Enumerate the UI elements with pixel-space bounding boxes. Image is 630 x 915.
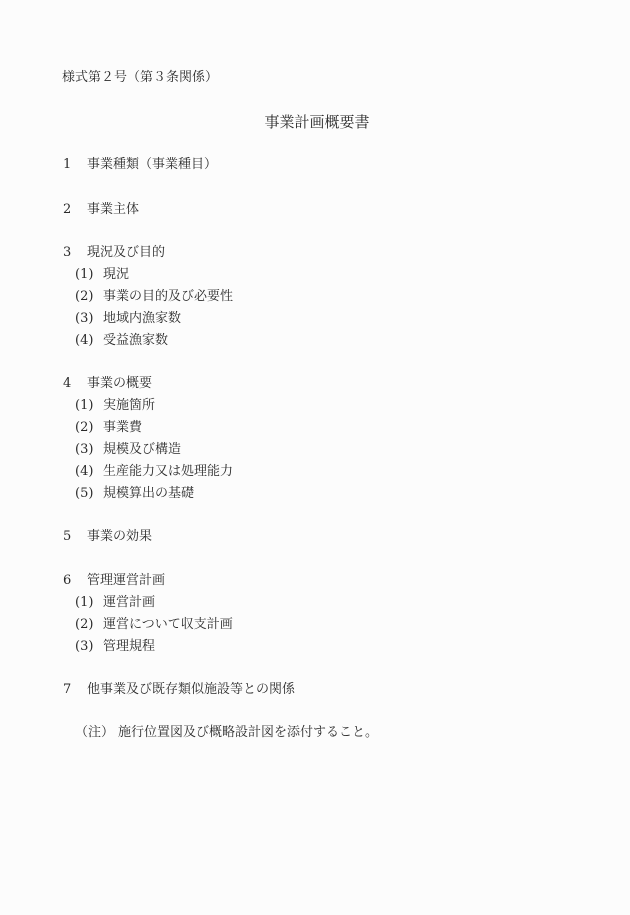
subsection-3-1: (1)現況	[75, 267, 129, 283]
subsection-label: 地域内漁家数	[103, 311, 181, 326]
section-number: 7	[63, 682, 87, 698]
subsection-number: (2)	[75, 289, 103, 305]
subsection-3-3: (3)地域内漁家数	[75, 311, 181, 327]
subsection-number: (4)	[75, 333, 103, 349]
subsection-4-5: (5)規模算出の基礎	[75, 486, 194, 502]
section-number: 1	[63, 157, 87, 173]
subsection-number: (2)	[75, 617, 103, 633]
subsection-number: (2)	[75, 420, 103, 436]
section-label: 管理運営計画	[87, 573, 165, 588]
subsection-6-1: (1)運営計画	[75, 595, 155, 611]
subsection-number: (4)	[75, 464, 103, 480]
section-2: 2事業主体	[63, 202, 139, 218]
document-title: 事業計画概要書	[0, 114, 630, 130]
subsection-label: 生産能力又は処理能力	[103, 464, 233, 479]
subsection-label: 受益漁家数	[103, 333, 168, 348]
section-number: 2	[63, 202, 87, 218]
subsection-label: 運営計画	[103, 595, 155, 610]
section-label: 事業の効果	[87, 529, 152, 544]
section-3: 3現況及び目的	[63, 245, 165, 261]
section-number: 6	[63, 573, 87, 589]
subsection-number: (3)	[75, 311, 103, 327]
subsection-label: 運営について収支計画	[103, 617, 233, 632]
subsection-4-1: (1)実施箇所	[75, 398, 155, 414]
subsection-number: (3)	[75, 442, 103, 458]
note: （注）施行位置図及び概略設計図を添付すること。	[75, 725, 378, 741]
section-number: 4	[63, 376, 87, 392]
subsection-4-2: (2)事業費	[75, 420, 142, 436]
section-label: 事業の概要	[87, 376, 152, 391]
subsection-3-2: (2)事業の目的及び必要性	[75, 289, 233, 305]
subsection-label: 規模及び構造	[103, 442, 181, 457]
subsection-number: (1)	[75, 267, 103, 283]
section-label: 他事業及び既存類似施設等との関係	[87, 682, 295, 697]
form-number: 様式第２号（第３条関係）	[62, 70, 218, 86]
note-marker: （注）	[75, 725, 118, 741]
subsection-number: (5)	[75, 486, 103, 502]
section-1: 1事業種類（事業種目）	[63, 157, 217, 173]
subsection-6-2: (2)運営について収支計画	[75, 617, 233, 633]
subsection-label: 規模算出の基礎	[103, 486, 194, 501]
section-7: 7他事業及び既存類似施設等との関係	[63, 682, 295, 698]
section-label: 事業主体	[87, 202, 139, 217]
subsection-4-3: (3)規模及び構造	[75, 442, 181, 458]
section-4: 4事業の概要	[63, 376, 152, 392]
subsection-label: 現況	[103, 267, 129, 282]
subsection-label: 事業の目的及び必要性	[103, 289, 233, 304]
subsection-number: (1)	[75, 398, 103, 414]
section-number: 3	[63, 245, 87, 261]
subsection-label: 実施箇所	[103, 398, 155, 413]
section-number: 5	[63, 529, 87, 545]
section-label: 現況及び目的	[87, 245, 165, 260]
subsection-4-4: (4)生産能力又は処理能力	[75, 464, 233, 480]
section-5: 5事業の効果	[63, 529, 152, 545]
subsection-number: (3)	[75, 639, 103, 655]
subsection-3-4: (4)受益漁家数	[75, 333, 168, 349]
section-6: 6管理運営計画	[63, 573, 165, 589]
subsection-label: 管理規程	[103, 639, 155, 654]
subsection-label: 事業費	[103, 420, 142, 435]
subsection-6-3: (3)管理規程	[75, 639, 155, 655]
note-text: 施行位置図及び概略設計図を添付すること。	[118, 725, 378, 740]
section-label: 事業種類（事業種目）	[87, 157, 217, 172]
subsection-number: (1)	[75, 595, 103, 611]
